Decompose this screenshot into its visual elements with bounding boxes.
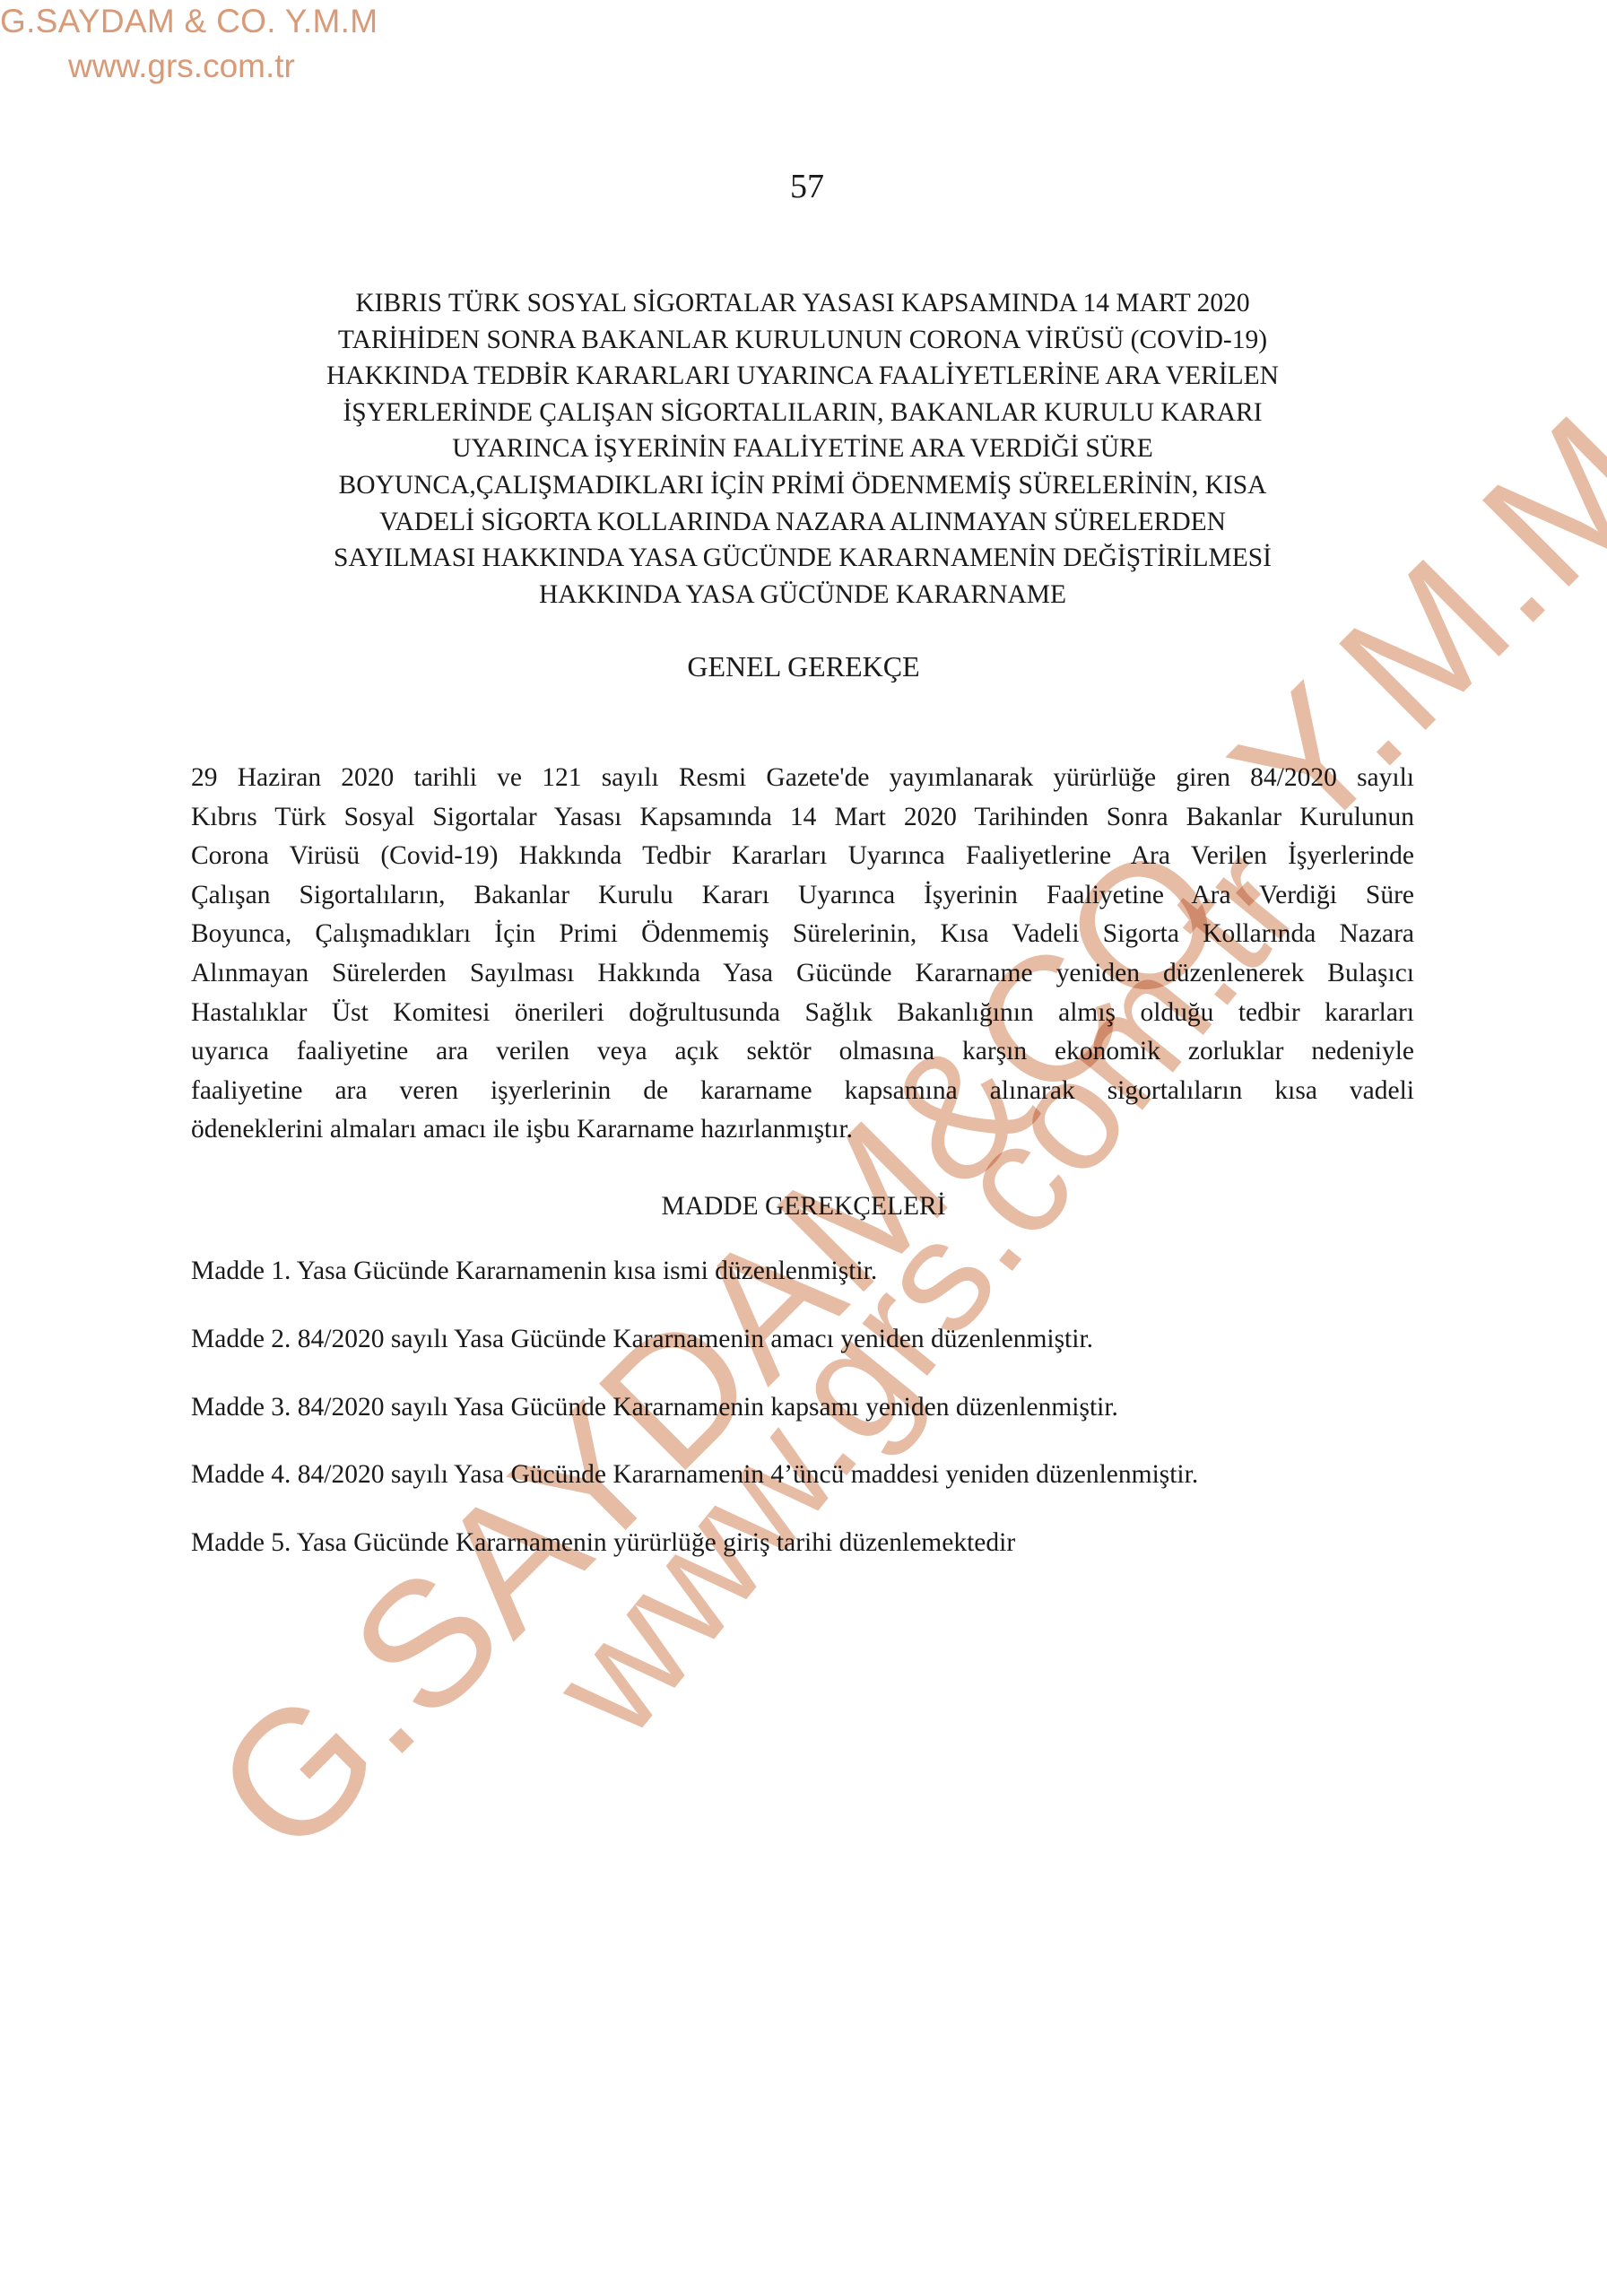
paragraph-line: 29 Haziran 2020 tarihli ve 121 sayılı Re… <box>191 759 1414 798</box>
genel-gerekce-paragraph: 29 Haziran 2020 tarihli ve 121 sayılı Re… <box>191 759 1414 1150</box>
title-line: KIBRIS TÜRK SOSYAL SİGORTALAR YASASI KAP… <box>179 285 1426 322</box>
paragraph-line: Boyunca, Çalışmadıkları İçin Primi Ödenm… <box>191 915 1414 954</box>
header-brand: G.SAYDAM & CO. Y.M.M <box>0 2 378 41</box>
paragraph-line: faaliyetine ara veren işyerlerinin de ka… <box>191 1072 1414 1111</box>
title-line: UYARINCA İŞYERİNİN FAALİYETİNE ARA VERDİ… <box>179 430 1426 467</box>
madde-item-1: Madde 1. Yasa Gücünde Kararnamenin kısa … <box>191 1253 1198 1321</box>
madde-item-3: Madde 3. 84/2020 sayılı Yasa Gücünde Kar… <box>191 1389 1198 1457</box>
genel-gerekce-heading: GENEL GEREKÇE <box>0 648 1607 684</box>
title-line: BOYUNCA,ÇALIŞMADIKLARI İÇİN PRİMİ ÖDENME… <box>179 467 1426 504</box>
paragraph-line: Çalışan Sigortalıların, Bakanlar Kurulu … <box>191 876 1414 916</box>
page-number: 57 <box>0 167 1607 206</box>
paragraph-line: Hastalıklar Üst Komitesi önerileri doğru… <box>191 994 1414 1033</box>
paragraph-line: uyarıca faaliyetine ara verilen veya açı… <box>191 1032 1414 1072</box>
madde-list: Madde 1. Yasa Gücünde Kararnamenin kısa … <box>191 1253 1198 1593</box>
paragraph-line: Corona Virüsü (Covid-19) Hakkında Tedbir… <box>191 837 1414 876</box>
paragraph-line: Alınmayan Sürelerden Sayılması Hakkında … <box>191 954 1414 994</box>
title-line: HAKKINDA YASA GÜCÜNDE KARARNAME <box>179 577 1426 613</box>
madde-gerekceleri-heading: MADDE GEREKÇELERİ <box>0 1188 1607 1224</box>
paragraph-line: Kıbrıs Türk Sosyal Sigortalar Yasası Kap… <box>191 798 1414 838</box>
madde-item-2: Madde 2. 84/2020 sayılı Yasa Gücünde Kar… <box>191 1321 1198 1389</box>
paragraph-line: ödeneklerini almaları amacı ile işbu Kar… <box>191 1110 1414 1150</box>
madde-item-5: Madde 5. Yasa Gücünde Kararnamenin yürür… <box>191 1525 1198 1593</box>
madde-item-4: Madde 4. 84/2020 sayılı Yasa Gücünde Kar… <box>191 1457 1198 1525</box>
title-line: TARİHİDEN SONRA BAKANLAR KURULUNUN CORON… <box>179 322 1426 359</box>
title-line: VADELİ SİGORTA KOLLARINDA NAZARA ALINMAY… <box>179 504 1426 541</box>
title-line: İŞYERLERİNDE ÇALIŞAN SİGORTALILARIN, BAK… <box>179 395 1426 431</box>
title-line: SAYILMASI HAKKINDA YASA GÜCÜNDE KARARNAM… <box>179 540 1426 577</box>
document-title: KIBRIS TÜRK SOSYAL SİGORTALAR YASASI KAP… <box>179 285 1426 613</box>
header-url: www.grs.com.tr <box>68 47 295 86</box>
title-line: HAKKINDA TEDBİR KARARLARI UYARINCA FAALİ… <box>179 358 1426 395</box>
